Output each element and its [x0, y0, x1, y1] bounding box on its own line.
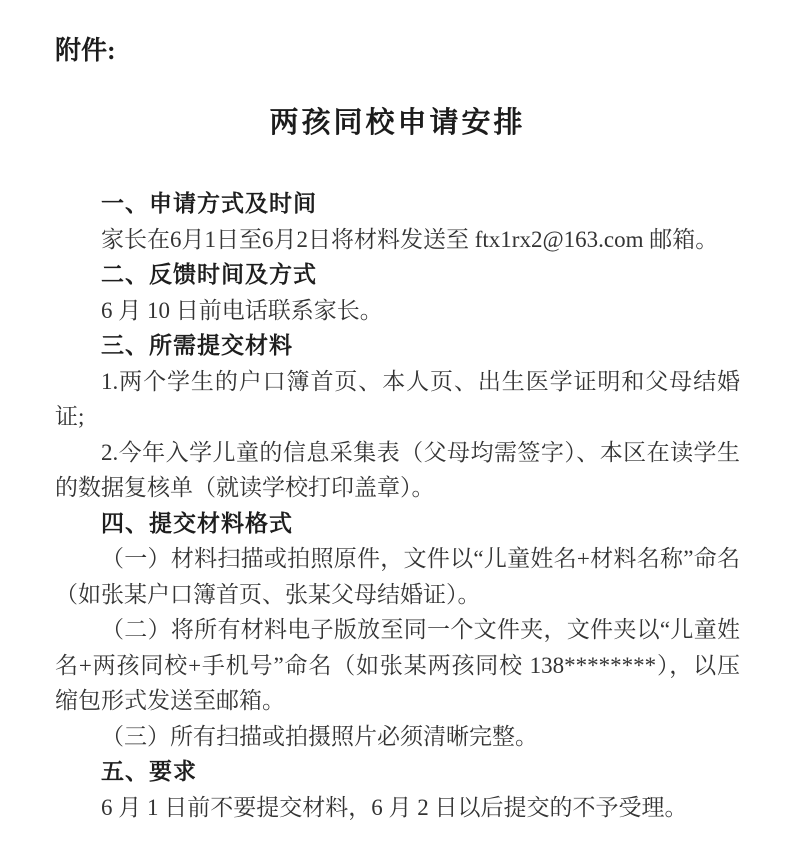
section-block: 一、申请方式及时间家长在6月1日至6月2日将材料发送至 ftx1rx2@163.… [55, 186, 740, 257]
section-heading: 二、反馈时间及方式 [55, 257, 740, 293]
paragraph: 2.今年入学儿童的信息采集表（父母均需签字）、本区在读学生的数据复核单（就读学校… [55, 435, 740, 506]
paragraph: 家长在6月1日至6月2日将材料发送至 ftx1rx2@163.com 邮箱。 [55, 222, 740, 258]
section-heading: 五、要求 [55, 754, 740, 790]
paragraph: 6 月 1 日前不要提交材料，6 月 2 日以后提交的不予受理。 [55, 790, 740, 826]
section-block: 三、所需提交材料1.两个学生的户口簿首页、本人页、出生医学证明和父母结婚证;2.… [55, 328, 740, 506]
section-block: 四、提交材料格式（一）材料扫描或拍照原件，文件以“儿童姓名+材料名称”命名（如张… [55, 506, 740, 755]
section-heading: 四、提交材料格式 [55, 506, 740, 542]
paragraph: （三）所有扫描或拍摄照片必须清晰完整。 [55, 719, 740, 755]
section-block: 二、反馈时间及方式6 月 10 日前电话联系家长。 [55, 257, 740, 328]
section-heading: 一、申请方式及时间 [55, 186, 740, 222]
paragraph: 6 月 10 日前电话联系家长。 [55, 293, 740, 329]
document-body: 一、申请方式及时间家长在6月1日至6月2日将材料发送至 ftx1rx2@163.… [55, 186, 740, 825]
document-title: 两孩同校申请安排 [55, 104, 740, 142]
document-page: 附件: 两孩同校申请安排 一、申请方式及时间家长在6月1日至6月2日将材料发送至… [0, 0, 788, 844]
paragraph: （一）材料扫描或拍照原件，文件以“儿童姓名+材料名称”命名（如张某户口簿首页、张… [55, 541, 740, 612]
paragraph: （二）将所有材料电子版放至同一个文件夹，文件夹以“儿童姓名+两孩同校+手机号”命… [55, 612, 740, 719]
attachment-label: 附件: [55, 34, 740, 68]
section-heading: 三、所需提交材料 [55, 328, 740, 364]
paragraph: 1.两个学生的户口簿首页、本人页、出生医学证明和父母结婚证; [55, 364, 740, 435]
section-block: 五、要求6 月 1 日前不要提交材料，6 月 2 日以后提交的不予受理。 [55, 754, 740, 825]
